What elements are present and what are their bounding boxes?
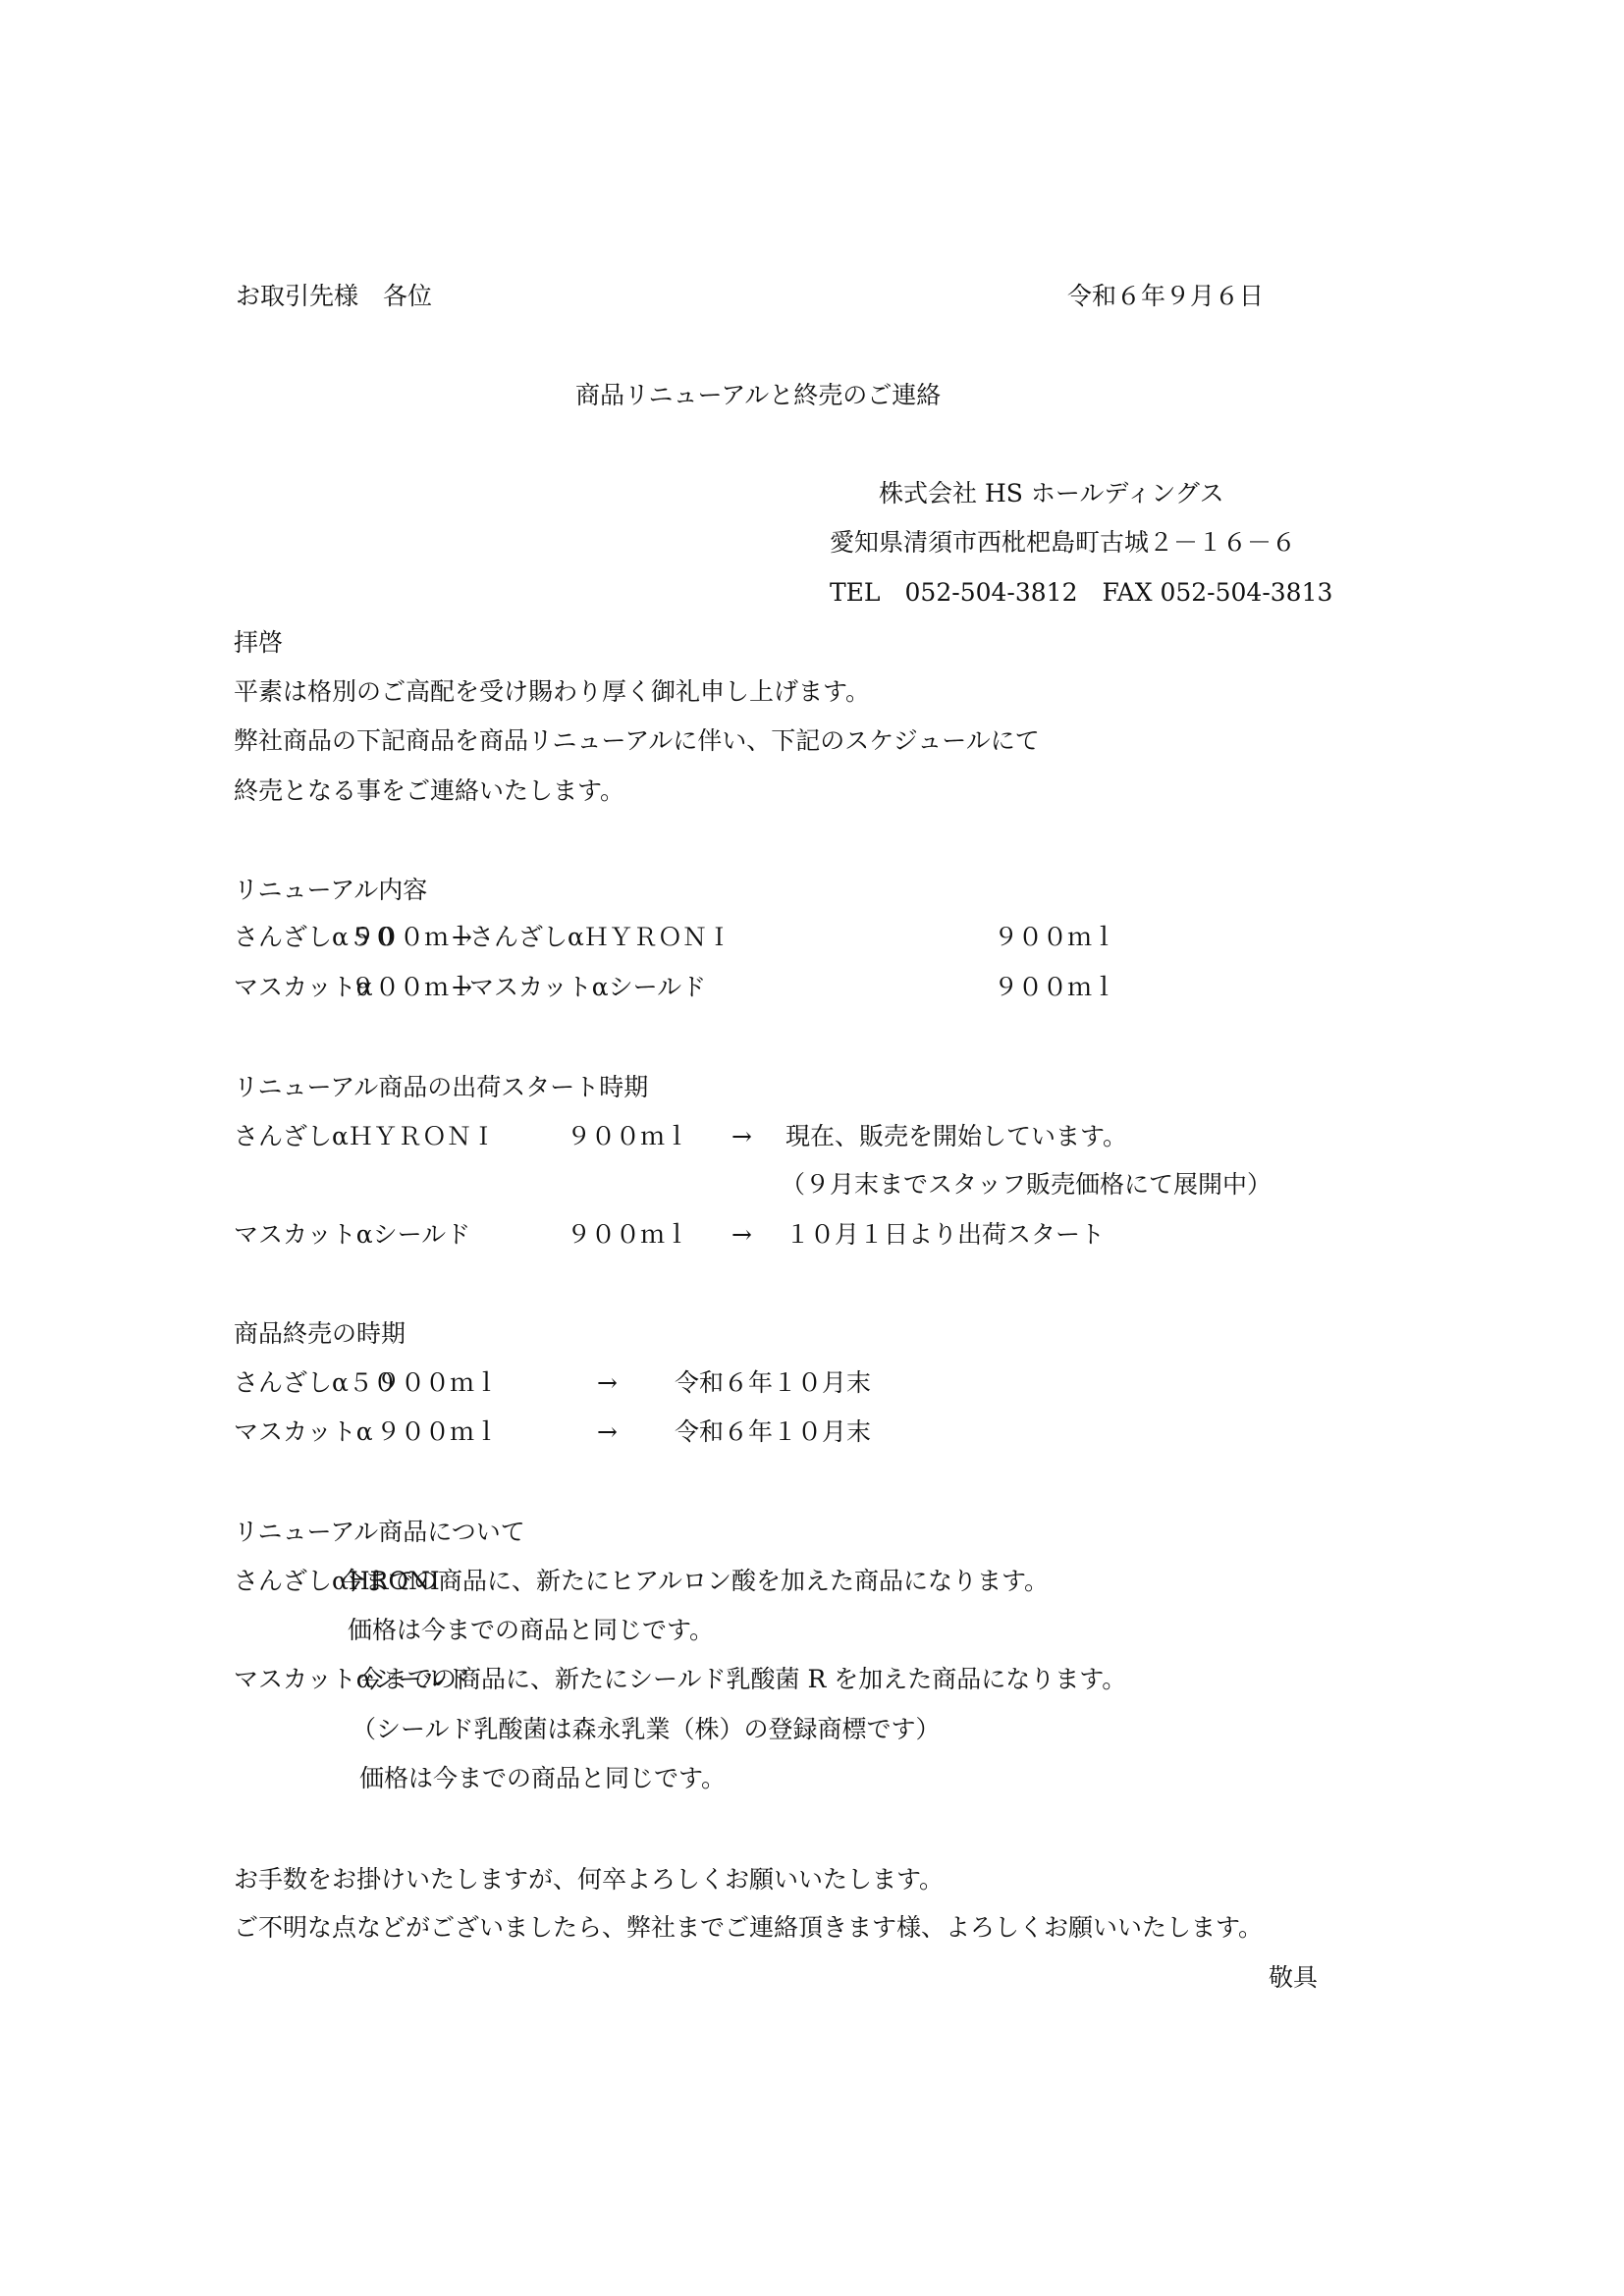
recipient: お取引先様 各位 <box>236 282 432 311</box>
product-to: さんざしαＨＹＲＯＮＩ <box>469 923 731 952</box>
sender-contact: TEL 052-504-3812 FAX 052-504-3813 <box>830 578 1332 608</box>
end-date: 令和６年１０月末 <box>675 1368 871 1398</box>
shipping-info: １０月１日より出荷スタート <box>785 1220 1105 1250</box>
shipping-note: （９月末までスタッフ販売価格にて展開中） <box>781 1170 1272 1200</box>
price-note: 価格は今までの商品と同じです。 <box>359 1764 726 1793</box>
section-heading-about-renewal: リニューアル商品について <box>234 1518 525 1547</box>
product: さんざしα５０ <box>234 1368 398 1398</box>
size: ９００ｍｌ <box>567 1220 689 1250</box>
price-note: 価格は今までの商品と同じです。 <box>348 1616 714 1645</box>
description: 今までの商品に、新たにヒアルロン酸を加えた商品になります。 <box>340 1567 1049 1596</box>
size: ９００ｍｌ <box>376 1417 499 1447</box>
size: ９００ｍｌ <box>376 1368 499 1398</box>
description: 今までの商品に、新たにシールド乳酸菌 R を加えた商品になります。 <box>358 1665 1126 1694</box>
closing-line: お手数をお掛けいたしますが、何卒よろしくお願いいたします。 <box>234 1865 944 1895</box>
product: マスカットαシールド <box>234 1220 470 1250</box>
size: ９００ｍｌ <box>567 1122 689 1151</box>
closing-line: ご不明な点などがございましたら、弊社までご連絡頂きます様、よろしくお願いいたしま… <box>234 1913 1263 1943</box>
section-heading-shipping-start: リニューアル商品の出荷スタート時期 <box>234 1073 648 1102</box>
product-to: マスカットαシールド <box>469 973 706 1002</box>
section-heading-renewal-content: リニューアル内容 <box>234 876 427 905</box>
intro-line: 終売となる事をご連絡いたします。 <box>234 776 624 806</box>
document-title: 商品リニューアルと終売のご連絡 <box>575 381 941 410</box>
sign-off: 敬具 <box>1269 1963 1318 1993</box>
trademark-note: （シールド乳酸菌は森永乳業（株）の登録商標です） <box>352 1715 941 1744</box>
salutation: 拝啓 <box>234 628 283 658</box>
product: さんざしαＨＹＲＯＮＩ <box>234 1122 496 1151</box>
intro-line: 平素は格別のご高配を受け賜わり厚く御礼申し上げます。 <box>234 677 870 707</box>
section-heading-discontinuation: 商品終売の時期 <box>234 1319 406 1349</box>
date: 令和６年９月６日 <box>1067 282 1264 311</box>
arrow-icon: → <box>731 1220 752 1250</box>
end-date: 令和６年１０月末 <box>675 1417 871 1447</box>
arrow-icon: → <box>597 1368 618 1398</box>
sender-address: 愛知県清須市西枇杷島町古城２－１６－６ <box>830 528 1296 558</box>
size-to: ９００ｍｌ <box>994 973 1116 1002</box>
arrow-icon: → <box>731 1122 752 1151</box>
shipping-info: 現在、販売を開始しています。 <box>785 1122 1127 1151</box>
product: マスカットα <box>234 1417 373 1447</box>
size-to: ９００ｍｌ <box>994 923 1116 952</box>
arrow-icon: → <box>597 1417 618 1447</box>
sender-company: 株式会社 HS ホールディングス <box>879 479 1224 508</box>
intro-line: 弊社商品の下記商品を商品リニューアルに伴い、下記のスケジュールにて <box>234 726 1040 756</box>
